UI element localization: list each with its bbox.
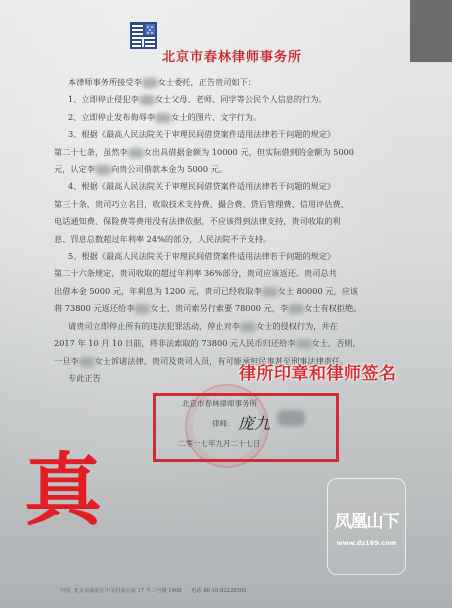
text: 女士的图片、文字行为。: [171, 112, 261, 122]
item-4-heading: 4、根据《最高人民法院关于审理民间借贷案件适用法律若干问题的规定》: [54, 178, 374, 195]
item-5-line-4: 将 73800 元返还给李女士，贵司索另行索要 78000 元，李女士有权拒绝。: [54, 300, 374, 317]
text: 将 73800 元返还给李: [54, 303, 134, 313]
item-3-heading: 3、根据《最高人民法院关于审理民间借贷案件适用法律若干问题的规定》: [54, 126, 374, 143]
item-4-line-4: 息、罚息总数超过年利率 24%的部分，人民法院不予支持。: [54, 231, 374, 248]
text: 女士委托，正告贵司如下：: [158, 77, 256, 87]
redacted-name: [155, 113, 171, 123]
item-5-line-2: 第二十六条规定，贵司收取的超过年利率 36%部分，贵司应该返还。贵司总共: [54, 265, 374, 282]
redacted-name: [79, 357, 95, 367]
watermark-brand: 凤凰山下: [328, 507, 405, 532]
redacted-name: [95, 165, 111, 175]
text: 女士父母、老师、同学等公民个人信息的行为。: [155, 94, 327, 104]
item-3-line-2: 第二十七条，虽然李女出具借据金额为 10000 元，但实际借到的金额为 5000: [54, 144, 374, 161]
signature-highlight-box: [153, 393, 339, 462]
text: 电话通知费、保险费等费用没有法律依据，不应该得到法律支持，贵司收取的利: [54, 216, 341, 226]
watermark-badge: 凤凰山下 www.dz169.com: [327, 478, 406, 575]
redacted-name: [142, 78, 158, 88]
text: 4、根据《最高人民法院关于审理民间借贷案件适用法律若干问题的规定》: [68, 181, 335, 191]
stamp-signature-annotation: 律所印章和律师签名: [239, 359, 397, 384]
item-4-line-3: 电话通知费、保险费等费用没有法律依据，不应该得到法律支持，贵司收取的利: [54, 213, 374, 230]
text: 女士，贵司索另行索要 78000 元，李: [150, 303, 288, 313]
item-3-line-3: 元，认定李向贵公司借款本金为 5000 元。: [54, 161, 374, 178]
law-firm-logo-icon: [130, 22, 157, 49]
text: 3、根据《最高人民法院关于审理民间借贷案件适用法律若干问题的规定》: [68, 129, 335, 139]
redacted-name: [288, 304, 304, 314]
dark-corner-region: [410, 0, 452, 62]
text: 女士的侵权行为，并在: [256, 321, 338, 331]
text: 本律师事务所接受李: [68, 77, 142, 87]
text: 第三十条，贵司巧立名目，收取技术支持费、撮合费、贷后管理费、信用评估费、: [54, 199, 349, 209]
text: 第二十六条规定，贵司收取的超过年利率 36%部分，贵司应该返还。贵司总共: [54, 268, 337, 278]
text: 女士，否则，: [312, 338, 361, 348]
letterhead-footer: 中国 北京市海淀区中关村南大街 17 号三号楼 1408 电话 86-10-82…: [60, 587, 246, 594]
text: 请贵司立即停止所有的违法犯罪活动，停止对李: [68, 321, 240, 331]
text: 出借本金 5000 元，年利息为 1200 元，贵司已经收取李: [54, 286, 262, 296]
text: 女出具借据金额为 10000 元，但实际借到的金额为 5000: [144, 147, 354, 157]
item-1: 1、立即停止侵犯李女士父母、老师、同学等公民个人信息的行为。: [54, 91, 374, 108]
watermark-url: www.dz169.com: [328, 539, 405, 547]
firm-title: 北京市春林律师事务所: [162, 46, 302, 65]
text: 5、根据《最高人民法院关于审理民间借贷案件适用法律若干问题的规定》: [68, 251, 335, 261]
redacted-name: [240, 322, 256, 332]
text: 2、立即停止发布侮辱李: [68, 112, 155, 122]
letter-body: 本律师事务所接受李女士委托，正告贵司如下： 1、立即停止侵犯李女士父母、老师、同…: [54, 74, 374, 387]
footer-phone: 电话 86-10-82228505: [191, 588, 246, 594]
redacted-name: [262, 287, 278, 297]
footer-address: 中国 北京市海淀区中关村南大街 17 号三号楼 1408: [60, 588, 181, 594]
text: 女士 80000 元，应该: [278, 286, 358, 296]
item-5-line-3: 出借本金 5000 元，年利息为 1200 元，贵司已经收取李女士 80000 …: [54, 283, 374, 300]
text: 元，认定李: [54, 164, 95, 174]
redacted-name: [134, 304, 150, 314]
text: 一旦李: [54, 356, 79, 366]
redacted-name: [296, 339, 312, 349]
item-2: 2、立即停止发布侮辱李女士的图片、文字行为。: [54, 109, 374, 126]
item-4-line-2: 第三十条，贵司巧立名目，收取技术支持费、撮合费、贷后管理费、信用评估费、: [54, 196, 374, 213]
redacted-name: [128, 148, 144, 158]
text: 息、罚息总数超过年利率 24%的部分，人民法院不予支持。: [54, 234, 271, 244]
text: 第二十七条，虽然李: [54, 147, 128, 157]
text: 1、立即停止侵犯李: [68, 94, 139, 104]
demand-line-2: 2017 年 10 月 10 日前，将非法索取的 73800 元人民币归还给李女…: [54, 335, 374, 352]
text: 女士有权拒绝。: [304, 303, 361, 313]
authentic-mark: 真: [24, 452, 102, 530]
redacted-name: [139, 95, 155, 105]
text: 向贵公司借款本金为 5000 元。: [111, 164, 227, 174]
item-5-heading: 5、根据《最高人民法院关于审理民间借贷案件适用法律若干问题的规定》: [54, 248, 374, 265]
text: 2017 年 10 月 10 日前，将非法索取的 73800 元人民币归还给李: [54, 338, 296, 348]
intro-line: 本律师事务所接受李女士委托，正告贵司如下：: [54, 74, 374, 91]
demand-line-1: 请贵司立即停止所有的违法犯罪活动，停止对李女士的侵权行为，并在: [54, 318, 374, 335]
